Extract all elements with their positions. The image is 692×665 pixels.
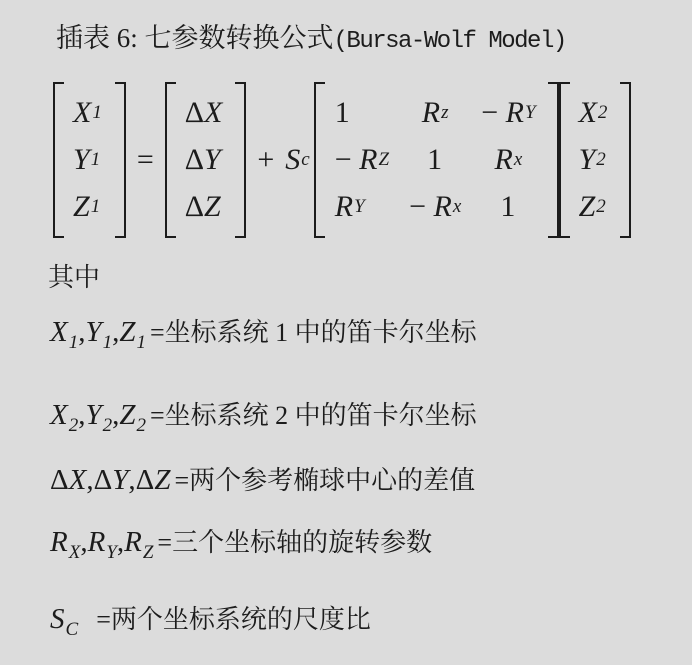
right-bracket-icon: [548, 82, 559, 238]
right-bracket-icon: [235, 82, 246, 238]
definition-text: =两个坐标系统的尺度比: [96, 599, 371, 636]
definition-line-deltas: ΔX,ΔY,ΔZ =两个参考椭球中心的差值: [50, 460, 475, 497]
vector-coordinates-system1: X1 Y1 Z1: [53, 82, 126, 238]
matrix-cell: − RY: [481, 90, 535, 136]
title-latin: (Bursa-Wolf Model): [334, 28, 566, 55]
vector-cells: X1 Y1 Z1: [64, 82, 115, 238]
where-label: 其中: [48, 257, 100, 294]
symbol-base: Z: [204, 190, 221, 224]
left-bracket-icon: [53, 82, 64, 238]
scale-factor: Sc: [285, 143, 309, 177]
right-bracket-icon: [620, 82, 631, 238]
delta-symbol: Δ: [185, 190, 204, 224]
matrix-cell: ΔX: [185, 90, 223, 136]
symbol-base: S: [285, 143, 300, 177]
definition-symbols: RX,RY,RZ: [50, 526, 153, 559]
matrix-cell: − RZ: [335, 137, 389, 183]
definition-symbols: X1,Y1,Z1: [50, 316, 146, 349]
matrix-cell: Rz: [409, 90, 461, 136]
definition-text: =坐标系统 1 中的笛卡尔坐标: [150, 312, 477, 349]
definition-text: =三个坐标轴的旋转参数: [157, 522, 432, 559]
matrix-cell: Y1: [73, 137, 102, 183]
title-chinese: 插表 6: 七参数转换公式: [56, 23, 334, 53]
symbol-base: Y: [204, 143, 221, 177]
definition-line-rotations: RX,RY,RZ =三个坐标轴的旋转参数: [50, 522, 432, 559]
matrix-cell: ΔY: [185, 137, 223, 183]
matrix-cell: X2: [579, 90, 608, 136]
matrix-cell: 1: [481, 184, 535, 230]
definition-symbols: SC: [50, 603, 78, 636]
matrix-cell: ΔZ: [185, 184, 223, 230]
matrix-cell: Z2: [579, 184, 608, 230]
translation-vector: ΔX ΔY ΔZ: [165, 82, 247, 238]
matrix-cell: RY: [335, 184, 389, 230]
matrix-cell: 1: [409, 137, 461, 183]
definition-line-coords1: X1,Y1,Z1 =坐标系统 1 中的笛卡尔坐标: [50, 312, 477, 349]
definition-line-scale: SC =两个坐标系统的尺度比: [50, 599, 371, 636]
page-title: 插表 6: 七参数转换公式(Bursa-Wolf Model): [56, 16, 566, 55]
rotation-matrix-cells: 1 Rz − RY − RZ 1 Rx RY − Rx 1: [325, 82, 548, 238]
left-bracket-icon: [314, 82, 325, 238]
rotation-matrix: 1 Rz − RY − RZ 1 Rx RY − Rx 1: [314, 82, 559, 238]
symbol-base: Y: [579, 143, 596, 177]
definition-text: =两个参考椭球中心的差值: [174, 460, 475, 497]
delta-symbol: Δ: [185, 96, 204, 130]
matrix-cell: Y2: [579, 137, 608, 183]
matrix-cell: 1: [335, 90, 389, 136]
right-bracket-icon: [115, 82, 126, 238]
bursa-wolf-equation: X1 Y1 Z1 = ΔX ΔY ΔZ + Sc 1 Rz − RY: [53, 82, 631, 238]
left-bracket-icon: [559, 82, 570, 238]
plus-sign: +: [257, 143, 274, 177]
symbol-base: Z: [579, 190, 596, 224]
vector-cells: ΔX ΔY ΔZ: [176, 82, 236, 238]
vector-cells: X2 Y2 Z2: [570, 82, 621, 238]
matrix-cell: Z1: [73, 184, 102, 230]
left-bracket-icon: [165, 82, 176, 238]
symbol-base: X: [204, 96, 222, 130]
definition-symbols: ΔX,ΔY,ΔZ: [50, 464, 170, 497]
matrix-cell: − Rx: [409, 184, 461, 230]
delta-symbol: Δ: [185, 143, 204, 177]
definition-line-coords2: X2,Y2,Z2 =坐标系统 2 中的笛卡尔坐标: [50, 395, 477, 432]
symbol-base: Z: [73, 190, 90, 224]
definition-symbols: X2,Y2,Z2: [50, 399, 146, 432]
symbol-base: Y: [73, 143, 90, 177]
matrix-cell: Rx: [481, 137, 535, 183]
equals-sign: =: [137, 143, 154, 177]
symbol-base: X: [579, 96, 597, 130]
vector-coordinates-system2: X2 Y2 Z2: [559, 82, 632, 238]
matrix-cell: X1: [73, 90, 102, 136]
symbol-base: X: [73, 96, 91, 130]
definition-text: =坐标系统 2 中的笛卡尔坐标: [150, 395, 477, 432]
document-page: 插表 6: 七参数转换公式(Bursa-Wolf Model) X1 Y1 Z1…: [0, 0, 692, 665]
